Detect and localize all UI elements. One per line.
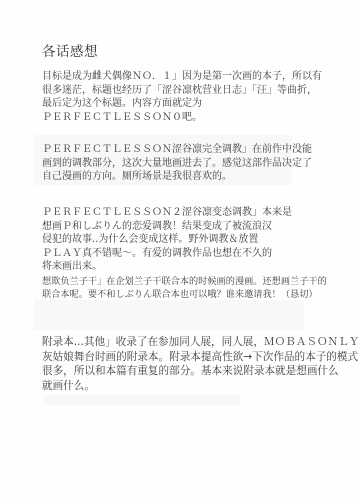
- text-line: 灰姑娘舞台时画的附录本。附录本提高性欲→下次作品的本子的模式: [42, 350, 342, 365]
- text-line: 就画什么。: [42, 379, 342, 394]
- text-line: 联合本呢。要不和しぶりん联合本也可以哦？谁来邀请我！（恳切）: [42, 288, 342, 301]
- text-line: ＰＥＲＦＥＣＴＬＥＳＳＯＮ０吧。: [42, 111, 342, 125]
- paragraph-section-5: 附录本...其他」收录了在参加同人展，同人展，ＭＯＢＡＳＯＮＬＹ的 灰姑娘舞台时…: [42, 335, 342, 393]
- text-line: ＰＥＲＦＥＣＴＬＥＳＳＯＮ涩谷凛完全调教」在前作中没能: [42, 143, 342, 157]
- text-line: 画到的调教部分，这次大量地画进去了。感觉这部作品决定了: [42, 157, 342, 171]
- text-line: 很多迷茫，标题也经历了「涩谷凛枕营业日志」「汪」等曲折，: [42, 84, 342, 98]
- text-line: 想欺负兰子干」在企划兰子干联合本的时候画的漫画。还想画兰子干的: [42, 275, 342, 288]
- document-page: 各话感想 目标是成为雌犬偶像ＮＯ．１」因为是第一次画的本子，所以有 很多迷茫，标…: [0, 0, 360, 504]
- text-line: 自己漫画的方向。厕所场景是我很喜欢的。: [42, 170, 342, 184]
- text-line: 目标是成为雌犬偶像ＮＯ．１」因为是第一次画的本子，所以有: [42, 70, 342, 84]
- paragraph-section-2: ＰＥＲＦＥＣＴＬＥＳＳＯＮ涩谷凛完全调教」在前作中没能 画到的调教部分，这次大量…: [42, 143, 342, 184]
- text-line: 想画Ｐ和しぶりん的恋爱调教！结果变成了被流浪汉: [42, 220, 342, 234]
- page-title: 各话感想: [42, 40, 98, 60]
- text-line: 侵犯的故事..为什么会变成这样。野外调教＆放置: [42, 233, 342, 247]
- paragraph-section-3: ＰＥＲＦＥＣＴＬＥＳＳＯＮ２涩谷凛变态调教」本来是 想画Ｐ和しぶりん的恋爱调教！…: [42, 206, 342, 274]
- paragraph-section-1: 目标是成为雌犬偶像ＮＯ．１」因为是第一次画的本子，所以有 很多迷茫，标题也经历了…: [42, 70, 342, 124]
- text-line: 附录本...其他」收录了在参加同人展，同人展，ＭＯＢＡＳＯＮＬＹ的: [42, 335, 342, 350]
- scan-shading: [34, 300, 304, 330]
- text-line: ＰＥＲＦＥＣＴＬＥＳＳＯＮ２涩谷凛变态调教」本来是: [42, 206, 342, 220]
- text-line: ＰＬＡＹ真不错呢～。有爱的调教作品也想在不久的: [42, 247, 342, 261]
- text-line: 将来画出来。: [42, 260, 342, 274]
- text-line: 很多，所以和本篇有重复的部分。基本来说附录本就是想画什么: [42, 364, 342, 379]
- paragraph-section-4: 想欺负兰子干」在企划兰子干联合本的时候画的漫画。还想画兰子干的 联合本呢。要不和…: [42, 275, 342, 301]
- text-line: 最后定为这个标题。内容方面就定为: [42, 97, 342, 111]
- scan-shading: [44, 395, 240, 405]
